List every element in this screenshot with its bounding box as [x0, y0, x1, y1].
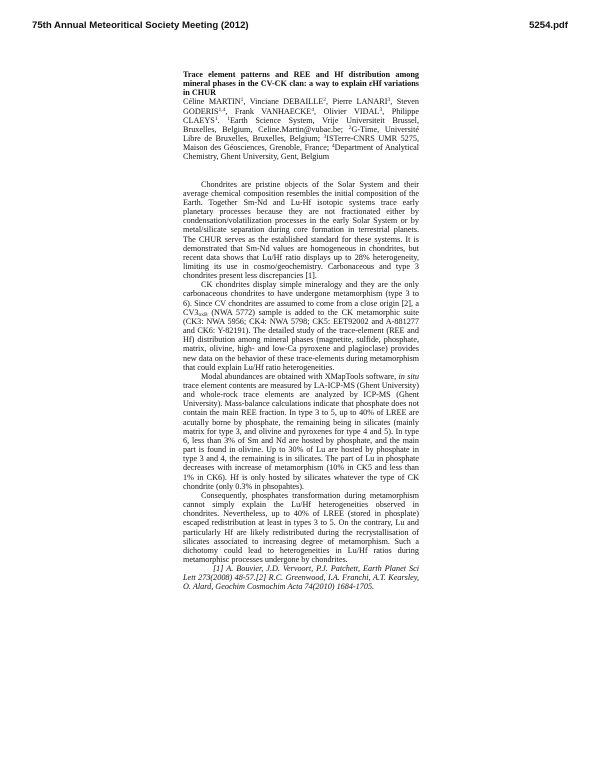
paragraph-introduction: Chondrites are pristine objects of the S…: [183, 180, 419, 281]
author-affiliation-mark: 1: [215, 116, 218, 122]
section-spacer: [183, 162, 419, 180]
author-affiliation-mark: 2: [323, 97, 326, 103]
author-affiliation-mark: 3: [387, 97, 390, 103]
author-name: Frank VANHAECKE: [235, 107, 311, 116]
author-affiliation-mark: 4: [311, 107, 314, 113]
author-name: Olivier VIDAL: [323, 107, 379, 116]
author-list: Céline MARTIN1, Vinciane DEBAILLE2, Pier…: [183, 97, 419, 161]
author-affiliation-mark: 1: [241, 97, 244, 103]
paper-title: Trace element patterns and REE and Hf di…: [183, 70, 419, 97]
author-affiliation-mark: 1,4: [218, 107, 225, 113]
author-name: Pierre LANARI: [333, 97, 388, 106]
paragraph-methods-results: Modal abundances are obtained with XMapT…: [183, 372, 419, 491]
italic-text: in situ: [399, 372, 419, 381]
abstract-column: Trace element patterns and REE and Hf di…: [183, 70, 419, 592]
paragraph-ck-chondrites: CK chondrites display simple mineralogy …: [183, 280, 419, 372]
file-name: 5254.pdf: [529, 20, 568, 31]
paragraph-conclusion: Consequently, phosphates transformation …: [183, 491, 419, 564]
paragraph-text: trace element contents are measured by L…: [183, 381, 419, 491]
page-header: 75th Annual Meteoritical Society Meeting…: [32, 20, 568, 34]
paragraph-text: (NWA 5772) sample is added to the CK met…: [183, 308, 419, 372]
conference-title: 75th Annual Meteoritical Society Meeting…: [32, 20, 249, 31]
author-name: Céline MARTIN: [183, 97, 241, 106]
author-affiliation-mark: 3: [379, 107, 382, 113]
references: [1] A. Bouvier, J.D. Vervoort, P.J. Patc…: [183, 564, 419, 591]
author-name: Vinciane DEBAILLE: [250, 97, 324, 106]
paragraph-text: Modal abundances are obtained with XMapT…: [201, 372, 399, 381]
